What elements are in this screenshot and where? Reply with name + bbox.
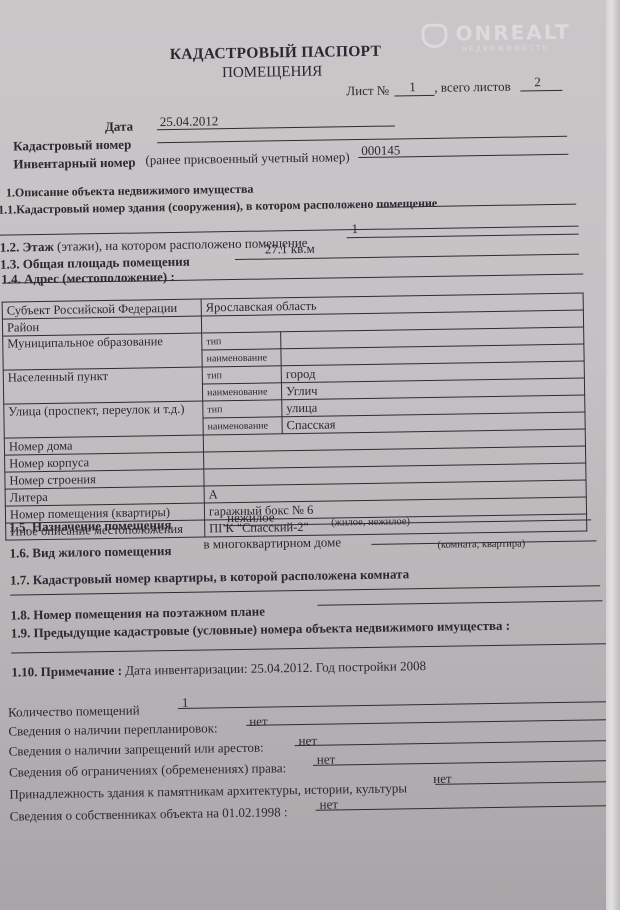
cadastral-number-label: Кадастровый номер xyxy=(13,137,131,155)
details-replanning-value: нет xyxy=(249,714,268,730)
address-table: Субъект Российской Федерации Ярославская… xyxy=(1,274,587,541)
document-page: ONREALT НЕДВИЖИМОСТЬ КАДАСТРОВЫЙ ПАСПОРТ… xyxy=(0,0,620,910)
details-replanning-label: Сведения о наличии перепланировок: xyxy=(8,720,217,739)
inventory-number-label: Инвентарный номер xyxy=(13,155,135,173)
s1-5-label: 1.5. Назначение помещения xyxy=(9,517,172,536)
details-rooms-count-underline xyxy=(178,701,608,709)
sheet-number: 1 xyxy=(409,79,416,95)
s1-6-label: 1.6. Вид жилого помещения xyxy=(9,543,171,562)
floor-value: 1 xyxy=(351,221,358,237)
date-label: Дата xyxy=(105,119,133,135)
area-value: 27.1 кв.м xyxy=(265,241,315,258)
details-arrests-value: нет xyxy=(298,733,317,749)
total-sheets-label: , всего листов xyxy=(434,79,511,96)
s1-10: 1.10. Примечание : Дата инвентаризации: … xyxy=(11,658,426,681)
details-arrests-label: Сведения о наличии запрещений или аресто… xyxy=(9,740,264,760)
document-subtitle: ПОМЕЩЕНИЯ xyxy=(222,64,322,83)
watermark-tagline: НЕДВИЖИМОСТЬ xyxy=(462,44,550,53)
details-encumbrances-label: Сведения об ограничениях (обременениях) … xyxy=(9,760,286,780)
document-title: КАДАСТРОВЫЙ ПАСПОРТ xyxy=(170,43,382,64)
section-1-heading: 1.Описание объекта недвижимого имущества xyxy=(6,182,254,201)
details-rooms-count-label: Количество помещений xyxy=(8,703,140,721)
street-type-label: тип xyxy=(203,400,282,418)
municipal-name-label: наименование xyxy=(202,349,281,367)
purpose-hint: (жилое, нежилое) xyxy=(331,516,410,528)
details-monument-underline xyxy=(435,781,615,785)
inventory-number-hint: (ранее присвоенный учетный номер) xyxy=(145,149,350,168)
s1-2-label: 1.2. Этаж (этажи), на котором расположен… xyxy=(0,235,308,256)
watermark-brand: ONREALT xyxy=(455,20,571,46)
details-monument-label: Принадлежность здания к памятникам архит… xyxy=(9,780,407,802)
street-label: Улица (проспект, переулок и т.д.) xyxy=(4,401,204,438)
s1-8-label: 1.8. Номер помещения на поэтажном плане xyxy=(10,604,265,624)
s1-2-label-bold: 1.2. Этаж xyxy=(0,239,54,255)
locality-label: Населенный пункт xyxy=(3,367,203,404)
street-name-label: наименование xyxy=(203,417,282,435)
s1-7-label: 1.7. Кадастровый номер квартиры, в котор… xyxy=(10,566,409,588)
dwelling-type-value: в многоквартирном доме xyxy=(203,534,341,552)
total-sheets-value: 2 xyxy=(534,74,541,90)
details-arrests-underline xyxy=(295,740,611,746)
s1-8-underline xyxy=(317,600,602,605)
floor-underline xyxy=(347,234,579,239)
house-logo-icon xyxy=(421,24,447,48)
details-replanning-underline xyxy=(246,719,608,726)
sheet-label: Лист № xyxy=(346,83,389,100)
dwelling-type-hint: (комната, квартира) xyxy=(437,538,525,550)
municipal-type-label: тип xyxy=(202,332,281,350)
locality-type-label: тип xyxy=(202,366,281,384)
s1-10-value: Дата инвентаризации: 25.04.2012. Год пос… xyxy=(125,658,426,678)
total-sheets-underline xyxy=(520,90,562,92)
s1-10-label: 1.10. Примечание : xyxy=(11,663,122,680)
details-encumbrances-underline xyxy=(313,760,613,766)
details-owners-underline xyxy=(316,805,616,811)
paper-edge xyxy=(606,0,620,910)
municipal-label: Муниципальное образование xyxy=(3,333,203,370)
locality-name-label: наименование xyxy=(202,383,281,401)
details-owners-label: Сведения о собственниках объекта на 01.0… xyxy=(10,804,288,824)
s1-9-underline xyxy=(11,643,607,653)
sheet-number-underline xyxy=(394,95,434,97)
